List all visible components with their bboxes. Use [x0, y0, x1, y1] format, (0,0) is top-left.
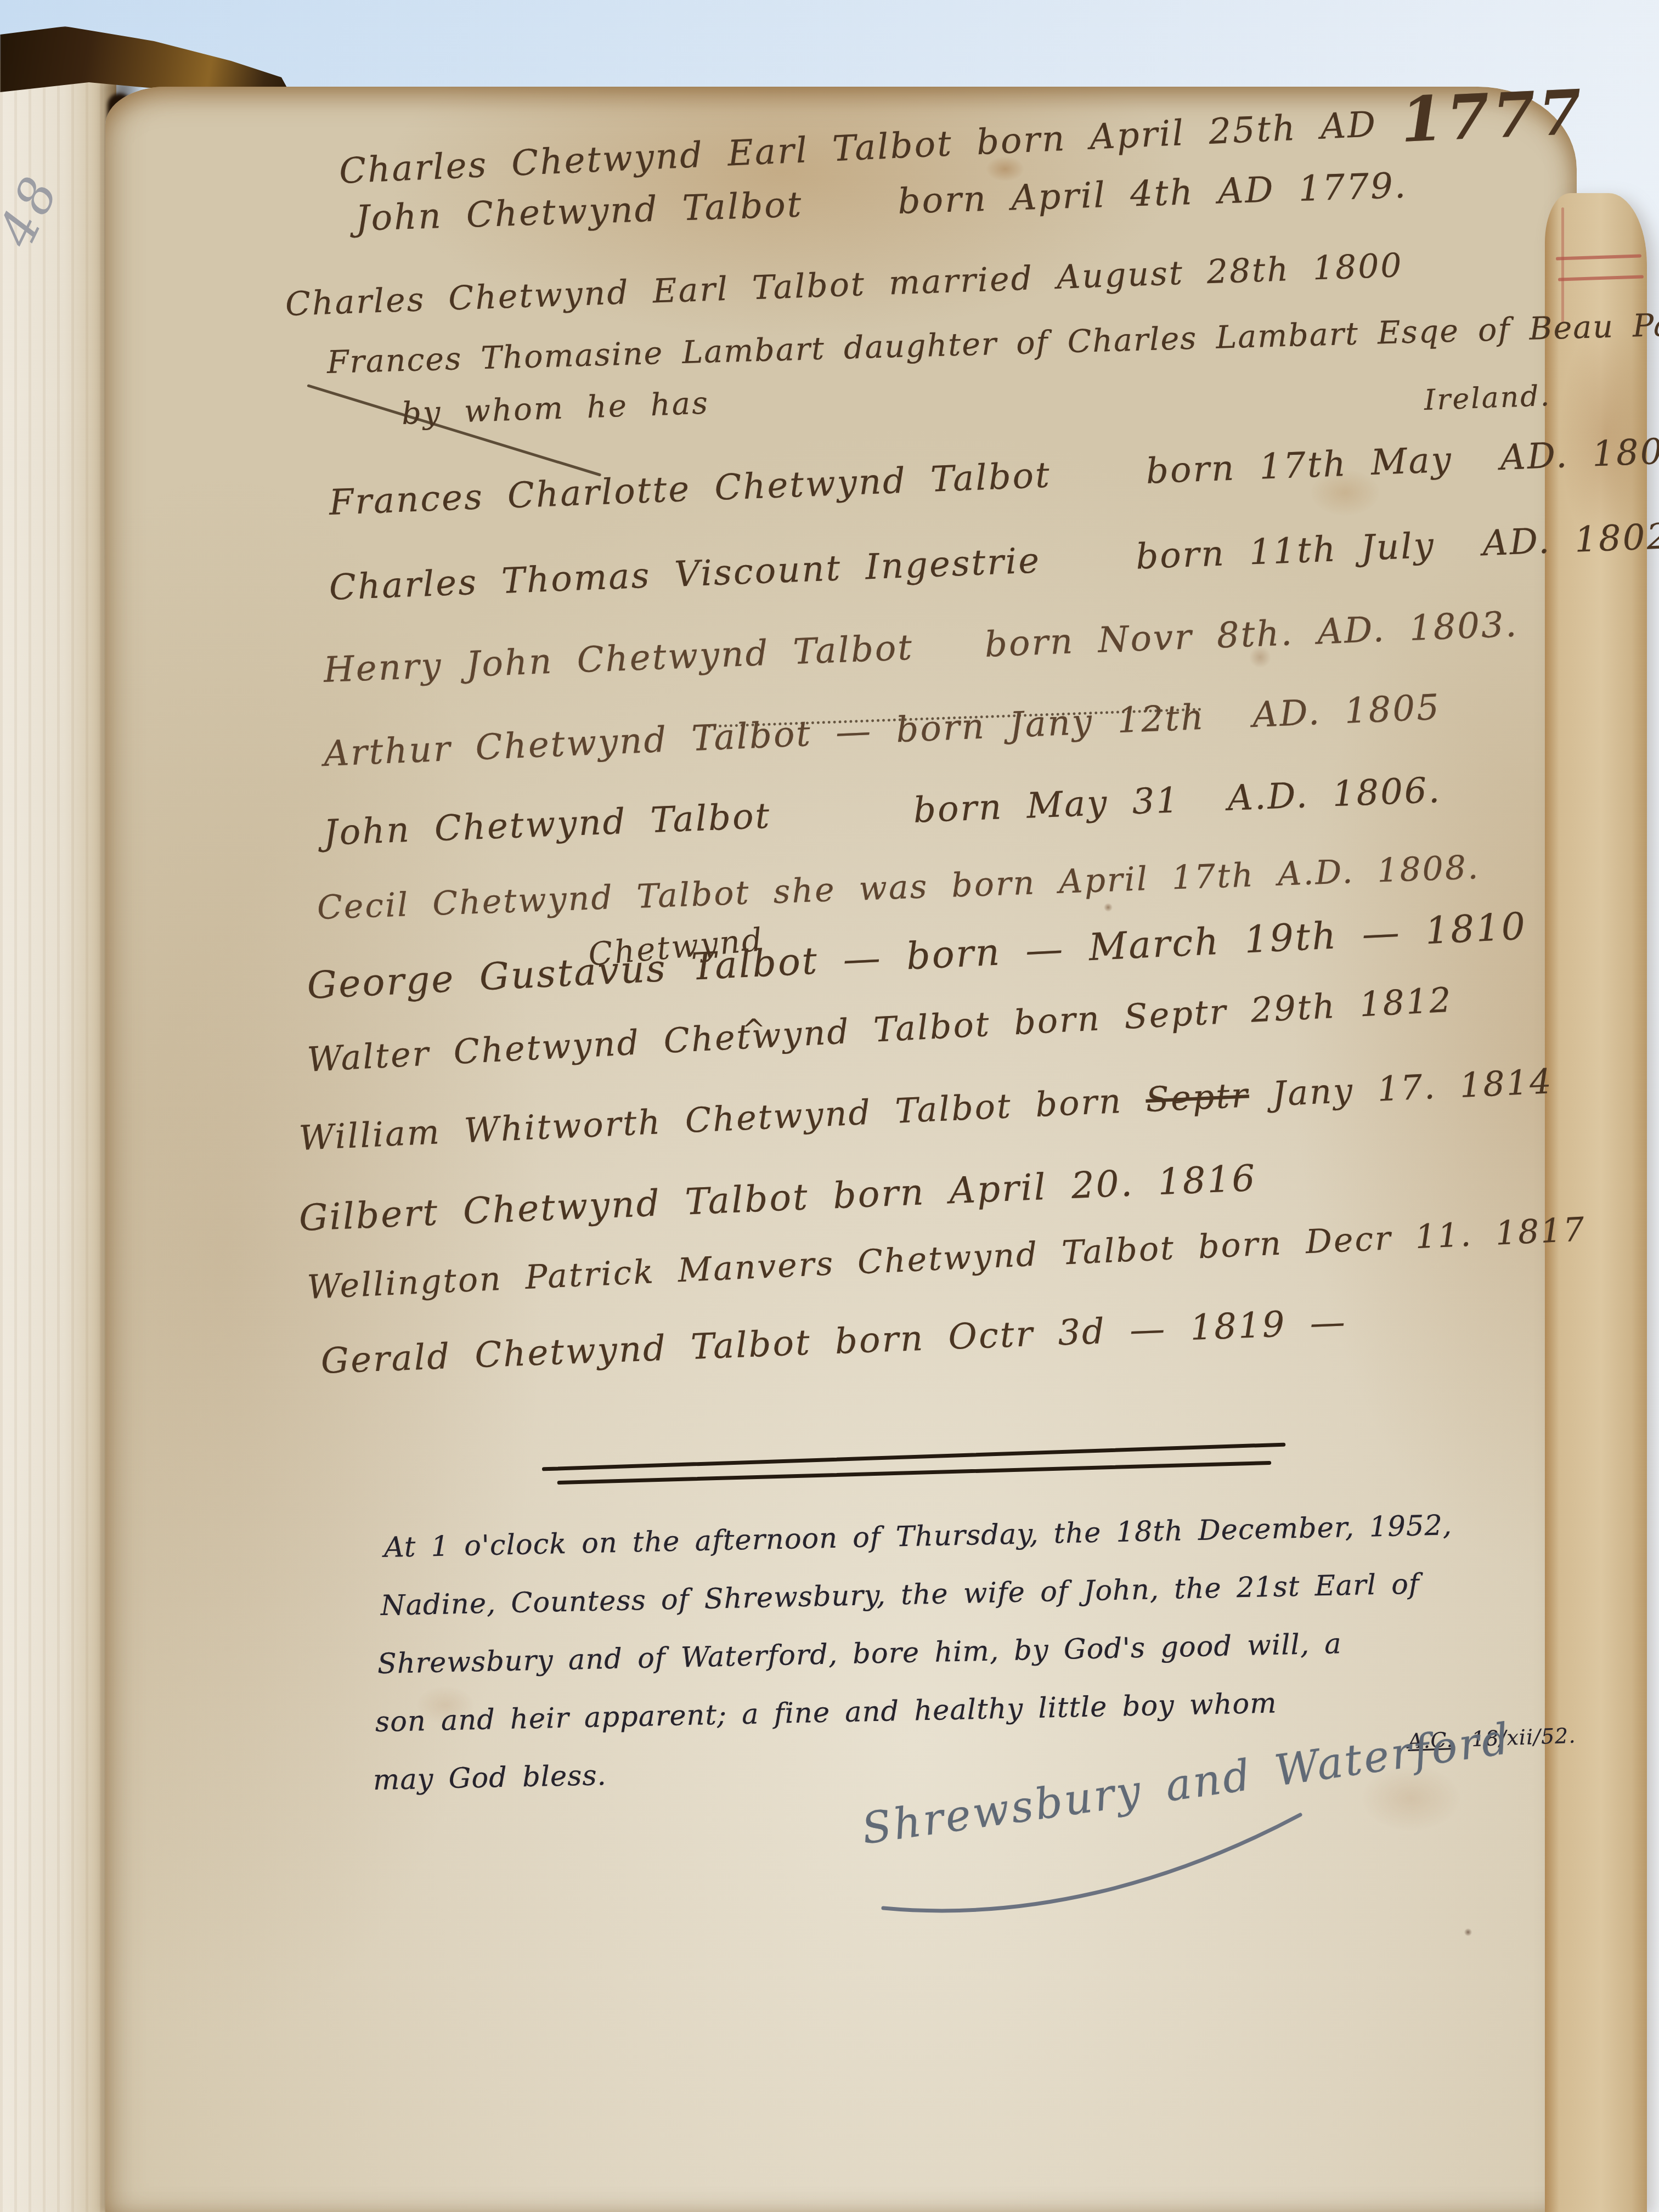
register-entry-bride-ireland: Ireland.: [1424, 380, 1551, 417]
signature-flourish: [861, 1792, 1328, 1929]
photo-of-register-book: 48 Charles Chetwynd Earl Talbot born Apr…: [0, 0, 1659, 2212]
red-margin-line: [1561, 207, 1564, 323]
entry-1777-year: 1777: [1399, 76, 1586, 156]
page-stack-fore-edge: [1545, 193, 1647, 2212]
child-1814-struck-word: Septr: [1145, 1075, 1250, 1119]
addendum-line-5: may God bless.: [373, 1759, 607, 1797]
